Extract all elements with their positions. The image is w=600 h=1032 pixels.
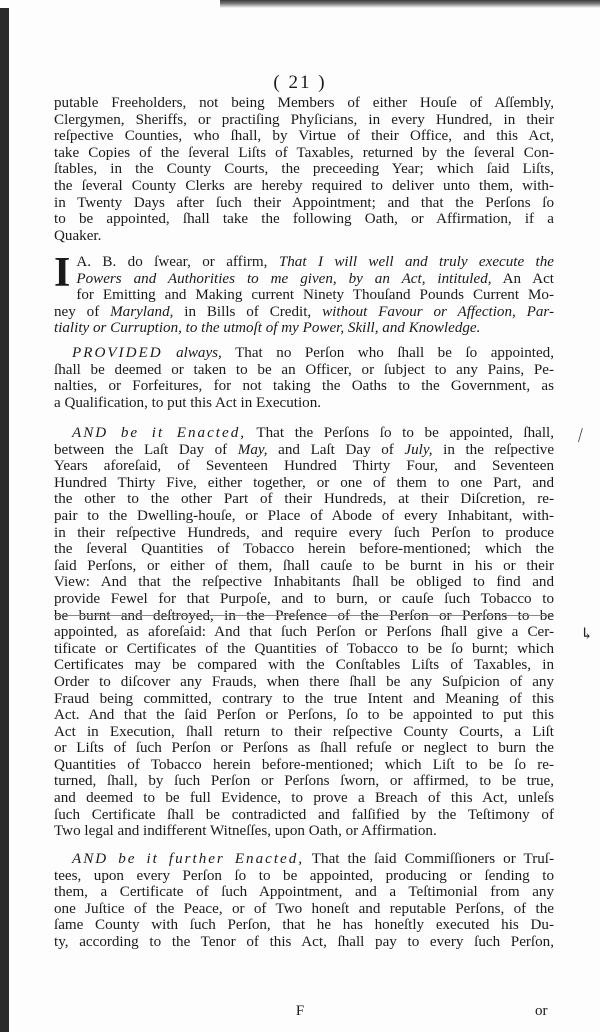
text-span: between the Laſt Day of — [54, 442, 238, 458]
text-span: ney of — [54, 304, 110, 320]
text-line: Certificates may be compared with the Co… — [54, 657, 554, 674]
struck-text-line: be burnt and deſtroyed, in the Preſence … — [54, 608, 554, 625]
text-line: Hundred Thirty Five, either together, or… — [54, 475, 554, 492]
text-line: reſpective Counties, who ſhall, by Virtu… — [54, 128, 554, 145]
text-span: That no Perſon who ſhall be ſo appointed… — [222, 345, 554, 361]
italic-span: May, — [238, 442, 268, 458]
text-line: Powers and Authorities to me given, by a… — [54, 271, 554, 288]
text-line: or Liſts of ſuch Perſon or Perſons as ſh… — [54, 740, 554, 757]
text-line: nalties, or Forfeitures, for not taking … — [54, 378, 554, 395]
text-line: ſtables, in the County Courts, the prece… — [54, 161, 554, 178]
text-span: That the ſaid Commiſſioners or Truſ- — [304, 851, 554, 867]
text-line: them, a Certificate of ſuch Appointment,… — [54, 884, 554, 901]
text-line: Act in Execution, ſhall return to their … — [54, 724, 554, 741]
paragraph-freeholders: putable Freeholders, not being Members o… — [54, 95, 554, 244]
text-line: A. B. do ſwear, or affirm, That I will w… — [54, 254, 554, 271]
paragraph-enacted: AND be it Enacted, That the Perſons ſo t… — [54, 425, 554, 840]
italic-span: July, — [404, 442, 432, 458]
paragraph-oath: I A. B. do ſwear, or affirm, That I will… — [54, 254, 554, 337]
text-line: AND be it further Enacted, That the ſaid… — [54, 851, 554, 868]
text-line: appointed, as aforeſaid: And that ſuch P… — [54, 624, 554, 641]
text-span: That the Perſons ſo to be appointed, ſha… — [246, 425, 554, 441]
text-line: Order to diſcover any Frauds, when there… — [54, 674, 554, 691]
text-line: to be appointed, ſhall take the followin… — [54, 211, 554, 228]
italic-span: Powers and Authorities to me given, by a… — [76, 271, 491, 287]
text-line: Clergymen, Sheriffs, or practiſing Phyſi… — [54, 112, 554, 129]
text-line: in Twenty Days after ſuch their Appointm… — [54, 195, 554, 212]
text-span: in Bills of Credit, — [173, 304, 322, 320]
italic-span: always, — [163, 345, 222, 361]
scan-left-border — [0, 0, 9, 1032]
text-line: tees, upon every Perſon ſo to be appoint… — [54, 868, 554, 885]
text-line: View: And that the reſpective Inhabitant… — [54, 574, 554, 591]
paragraph-further-enacted: AND be it further Enacted, That the ſaid… — [54, 851, 554, 951]
text-line: ſuch Certificate ſhall be contradicted a… — [54, 807, 554, 824]
text-line: the ſeveral Quantities of Tobacco herein… — [54, 541, 554, 558]
italic-span: Maryland, — [110, 304, 173, 320]
text-line: provide Fewel for that Purpoſe, and to b… — [54, 591, 554, 608]
text-span: An Act — [492, 271, 554, 287]
text-line: in their reſpective Hundreds, and requir… — [54, 525, 554, 542]
text-line: Years aforeſaid, of Seventeen Hundred Th… — [54, 458, 554, 475]
text-line: take Copies of the ſeveral Liſts of Taxa… — [54, 145, 554, 162]
lead-words: PROVIDED — [72, 345, 163, 361]
text-line: Quaker. — [54, 228, 554, 245]
text-span: and Laſt Day of — [268, 442, 405, 458]
drop-cap: I — [54, 256, 70, 290]
margin-hand-mark-icon: ↳ — [580, 624, 593, 644]
text-line: pair to the Dwelling-houſe, or Place of … — [54, 508, 554, 525]
italic-span: without Favour or Affection, Par- — [322, 304, 554, 320]
italic-span: That I will well and truly execute the — [279, 254, 554, 270]
text-line: for Emitting and Making current Ninety T… — [54, 287, 554, 304]
text-line: Two legal and indifferent Witneſſes, upo… — [54, 823, 554, 840]
scan-top-border-mask — [0, 0, 220, 8]
lead-words: AND be it further Enacted, — [72, 851, 304, 867]
text-line: ney of Maryland, in Bills of Credit, wit… — [54, 304, 554, 321]
text-line: Act. And that the ſaid Perſon or Perſons… — [54, 707, 554, 724]
text-line: tiality or Curruption, to the utmoſt of … — [54, 320, 554, 337]
text-line: putable Freeholders, not being Members o… — [54, 95, 554, 112]
text-line: and deemed to be full Evidence, to prove… — [54, 790, 554, 807]
page-number: ( 21 ) — [0, 72, 600, 94]
margin-hand-mark-icon: ∕ — [575, 425, 585, 446]
text-span: A. B. do ſwear, or affirm, — [76, 254, 279, 270]
text-line: a Qualification, to put this Act in Exec… — [54, 395, 554, 412]
text-line: ſhall be deemed or taken to be an Office… — [54, 362, 554, 379]
text-line: one Juſtice of the Peace, or of Two hone… — [54, 901, 554, 918]
text-span: in the reſpective — [433, 442, 555, 458]
text-line: between the Laſt Day of May, and Laſt Da… — [54, 442, 554, 459]
catchword: or — [535, 1003, 548, 1020]
paragraph-proviso: PROVIDED always, That no Perſon who ſhal… — [54, 345, 554, 411]
lead-words: AND be it Enacted, — [72, 425, 246, 441]
text-line: the ſeveral County Clerks are hereby req… — [54, 178, 554, 195]
text-line: Quantities of Tobacco herein before-ment… — [54, 757, 554, 774]
text-line: PROVIDED always, That no Perſon who ſhal… — [54, 345, 554, 362]
text-line: AND be it Enacted, That the Perſons ſo t… — [54, 425, 554, 442]
text-line: ty, according to the Tenor of this Act, … — [54, 934, 554, 951]
text-line: Fraud being committed, contrary to the t… — [54, 691, 554, 708]
text-line: tificate or Certificates of the Quantiti… — [54, 641, 554, 658]
signature-mark: F — [0, 1003, 600, 1020]
text-line: ſame County with ſuch Perſon, that he ha… — [54, 917, 554, 934]
text-line: ſaid Perſons, or either of them, ſhall c… — [54, 558, 554, 575]
text-line: turned, ſhall, by ſuch Perſon or Perſons… — [54, 773, 554, 790]
text-line: the other to the other Part of their Hun… — [54, 491, 554, 508]
